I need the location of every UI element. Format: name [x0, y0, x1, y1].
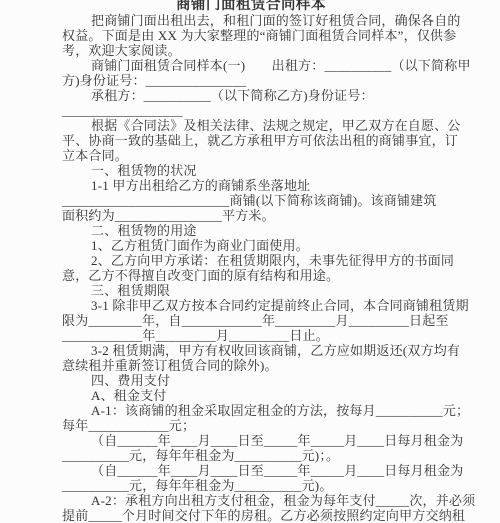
document-line: 四、费用支付 [62, 373, 440, 388]
document-line: 3-2 租赁期满，甲方有权收回该商铺，乙方应如期返还(双方均有 [62, 343, 440, 358]
document-line: 每年____________元； [62, 418, 440, 433]
document-line: 面积约为________________平方米。 [62, 208, 440, 223]
document-line: 意续租并重新签订租赁合同的除外)。 [62, 358, 440, 373]
document-line: A-2：承租方向出租方支付租金，租金为每年支付_____次，并必须 [62, 493, 440, 508]
document-line: 3-1 除非甲乙双方按本合同约定提前终止合同，本合同商铺租赁期 [62, 298, 440, 313]
document-line: 立本合同。 [62, 148, 440, 163]
document-line: 三、租赁期限 [62, 283, 440, 298]
document-line: 承租方：__________（以下简称乙方)身份证号： [62, 88, 440, 103]
document-line: __________元，每年年租金为__________元)；。 [62, 448, 440, 463]
document-line: __________元，每年年租金为__________元)。 [62, 478, 440, 493]
document-line: A、租金支付 [62, 388, 440, 403]
contract-document: 商铺门面租赁合同样本 把商铺门面出租出去，和租门面的签订好租赁合同，确保各自的权… [62, 0, 440, 517]
document-line: 方)身份证号：_______________ [62, 73, 440, 88]
document-line: 平、协商一致的基础上，就乙方承租甲方可依法出租的商铺事宜，订 [62, 133, 440, 148]
document-line: __________________ [62, 103, 440, 118]
document-title: 商铺门面租赁合同样本 [62, 0, 440, 13]
document-line: 把商铺门面出租出去，和租门面的签订好租赁合同，确保各自的 [62, 13, 440, 28]
document-line: （自______年____月____日至_____年_____月____日每月租… [62, 433, 440, 448]
document-line: 考，欢迎大家阅读。 [62, 43, 440, 58]
document-body: 把商铺门面出租出去，和租门面的签订好租赁合同，确保各自的权益。下面是由 XX 为… [62, 13, 440, 517]
document-line: 提前_____个月时间交付下年的房租。乙方必须按照约定向甲方交纳租 [62, 508, 440, 517]
document-line: （自______年____月____日至_____年_____月____日每月租… [62, 463, 440, 478]
document-line: ____________年_________月_________日止。 [62, 328, 440, 343]
document-line: 权益。下面是由 XX 为大家整理的“商铺门面租赁合同样本”，仅供参 [62, 28, 440, 43]
document-line: 意，乙方不得擅自改变门面的原有结构和用途。 [62, 268, 440, 283]
document-line: _________________________商铺(以下简称该商铺)。该商铺… [62, 193, 440, 208]
document-line: 二、租赁物的用途 [62, 223, 440, 238]
document-line: 一、租赁物的状况 [62, 163, 440, 178]
document-line: 根据《合同法》及相关法律、法规之规定，甲乙双方在自愿、公 [62, 118, 440, 133]
document-line: 商铺门面租赁合同样本(一) 出租方：__________（以下简称甲 [62, 58, 440, 73]
document-line: 1-1 甲方出租给乙方的商铺系坐落地址 [62, 178, 440, 193]
document-line: 1、乙方租赁门面作为商业门面使用。 [62, 238, 440, 253]
document-line: 限为________年，自____________年_________月____… [62, 313, 440, 328]
document-line: 2、乙方向甲方承诺：在租赁期限内，未事先征得甲方的书面同 [62, 253, 440, 268]
document-line: A-1：该商铺的租金采取固定租金的方法，按每月__________元； [62, 403, 440, 418]
